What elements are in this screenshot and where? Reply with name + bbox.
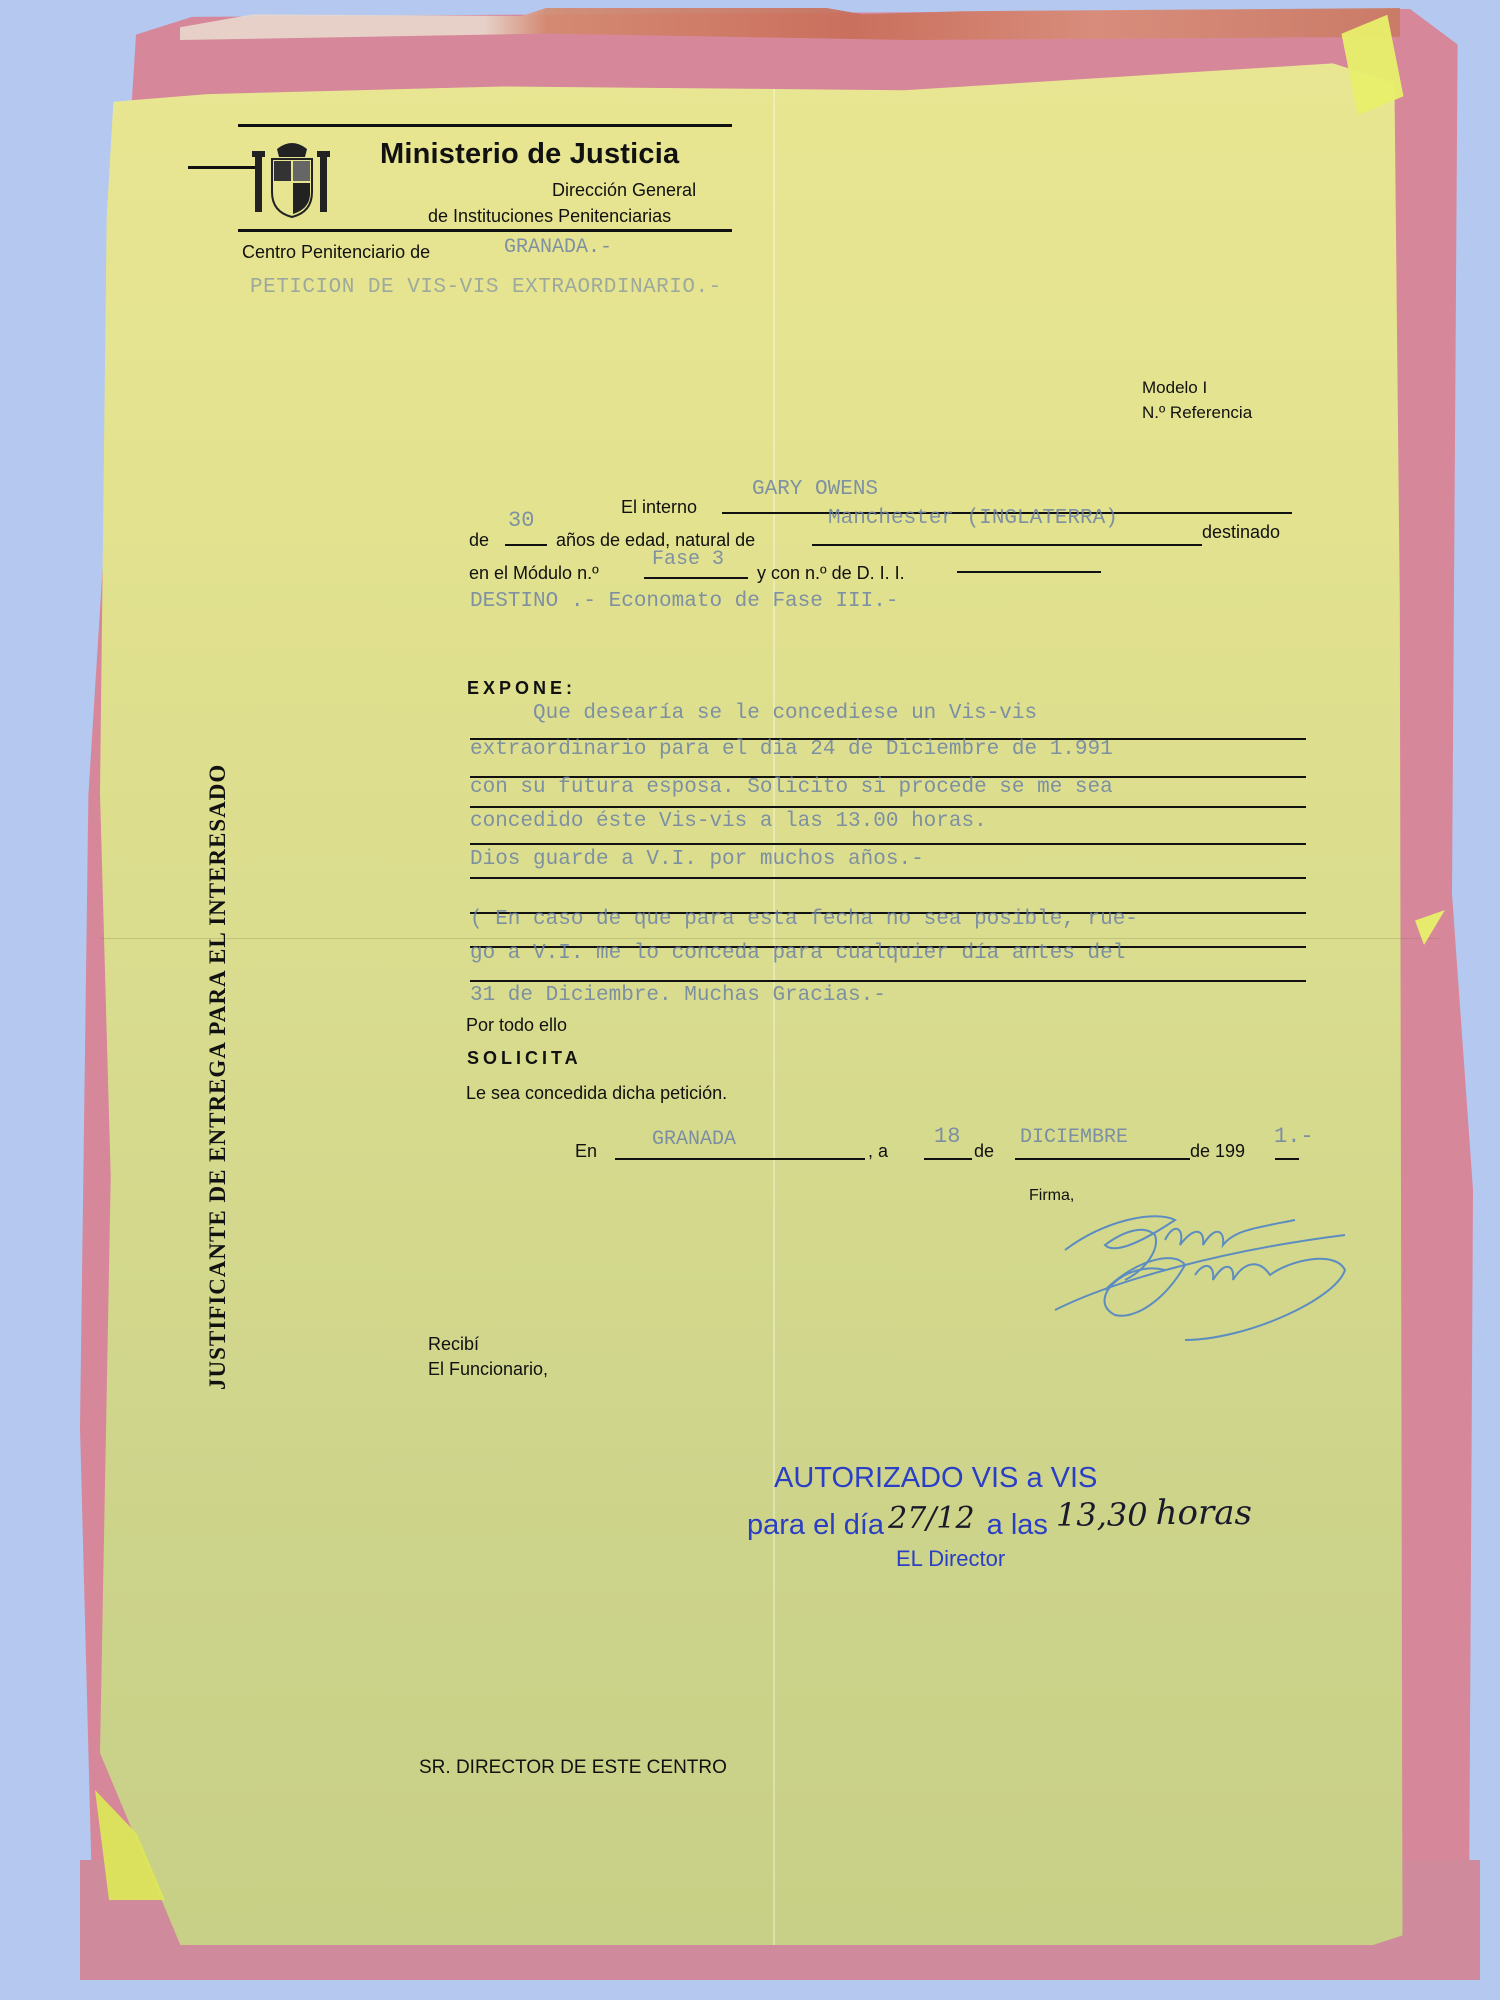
vertical-caption: JUSTIFICANTE DE ENTREGA PARA EL INTERESA… bbox=[205, 764, 231, 1390]
modulo-field-line bbox=[644, 577, 748, 579]
expone-heading: EXPONE: bbox=[467, 678, 576, 699]
expone-line-2: extraordinario para el día 24 de Diciemb… bbox=[470, 738, 1113, 761]
day-field-line bbox=[924, 1158, 972, 1160]
letterhead-top-rule bbox=[238, 124, 732, 127]
modulo-value: Fase 3 bbox=[652, 548, 724, 571]
month-value: DICIEMBRE bbox=[1020, 1126, 1128, 1149]
solicita-text: Le sea concedida dicha petición. bbox=[466, 1083, 727, 1104]
centro-label: Centro Penitenciario de bbox=[242, 242, 430, 263]
stamp-para-el-dia: para el día bbox=[747, 1509, 884, 1541]
por-todo-ello: Por todo ello bbox=[466, 1015, 567, 1036]
recibi-label: Recibí bbox=[428, 1332, 548, 1357]
place-value: GRANADA bbox=[652, 1128, 736, 1151]
ministry-title: Ministerio de Justicia bbox=[380, 138, 679, 171]
year-field-line bbox=[1275, 1158, 1299, 1160]
rule-line bbox=[470, 806, 1306, 808]
month-field-line bbox=[1015, 1158, 1190, 1160]
coat-of-arms-icon bbox=[247, 137, 337, 222]
rule-line bbox=[470, 843, 1306, 845]
age-field-line bbox=[505, 544, 547, 546]
rule-line bbox=[470, 877, 1306, 879]
de-label: de bbox=[469, 530, 489, 551]
handwritten-signature-icon bbox=[1045, 1190, 1365, 1350]
age-value: 30 bbox=[508, 508, 534, 533]
rule-line bbox=[470, 980, 1306, 982]
natural-field-line bbox=[812, 544, 1202, 546]
horizontal-fold-crease bbox=[100, 938, 1440, 939]
en-label: En bbox=[575, 1141, 597, 1162]
natural-value: Manchester (INGLATERRA) bbox=[828, 507, 1118, 530]
de-month-label: de bbox=[974, 1141, 994, 1162]
stamp-el-director: EL Director bbox=[896, 1546, 1005, 1572]
solicita-heading: SOLICITA bbox=[467, 1048, 582, 1069]
addressee: SR. DIRECTOR DE ESTE CENTRO bbox=[419, 1757, 727, 1779]
expone-line-6: ( En caso de que para esta fecha no sea … bbox=[470, 908, 1138, 931]
directorate-line-1: Dirección General bbox=[552, 180, 696, 201]
modulo-label: en el Módulo n.º bbox=[469, 563, 599, 584]
destinado-label: destinado bbox=[1202, 522, 1280, 543]
funcionario-label: El Funcionario, bbox=[428, 1357, 548, 1382]
a-label: , a bbox=[868, 1141, 888, 1162]
interno-value: GARY OWENS bbox=[752, 478, 878, 501]
stamp-a-las: a las bbox=[987, 1509, 1048, 1541]
expone-line-1: Que desearía se le concediese un Vis-vis bbox=[470, 702, 1037, 725]
stamp-line-2: para el día 27/12 a las 13,30 horas bbox=[747, 1503, 1252, 1543]
handwritten-time: 13,30 bbox=[1056, 1496, 1148, 1534]
expone-line-8: 31 de Diciembre. Muchas Gracias.- bbox=[470, 984, 886, 1007]
expone-line-5: Dios guarde a V.I. por muchos años.- bbox=[470, 848, 924, 871]
modelo-label: Modelo I bbox=[1142, 375, 1252, 400]
year-label: de 199 bbox=[1190, 1141, 1245, 1162]
referencia-label: N.º Referencia bbox=[1142, 400, 1252, 425]
form-reference: Modelo I N.º Referencia bbox=[1142, 375, 1252, 425]
torn-top-edge bbox=[180, 8, 1400, 40]
dii-label: y con n.º de D. I. I. bbox=[757, 563, 905, 584]
centro-value: GRANADA.- bbox=[504, 236, 612, 259]
expone-line-4: concedido éste Vis-vis a las 13.00 horas… bbox=[470, 810, 987, 833]
interno-label: El interno bbox=[621, 497, 697, 518]
year-value: 1.- bbox=[1274, 1124, 1314, 1149]
directorate-line-2: de Instituciones Penitenciarias bbox=[428, 206, 671, 227]
handwritten-date: 27/12 bbox=[888, 1501, 974, 1536]
expone-line-7: go a V.I. me lo conceda para cualquier d… bbox=[470, 942, 1125, 965]
dii-field-line[interactable] bbox=[957, 571, 1101, 573]
receipt-block: Recibí El Funcionario, bbox=[428, 1332, 548, 1382]
place-field-line bbox=[615, 1158, 865, 1160]
subject-line: PETICION DE VIS-VIS EXTRAORDINARIO.- bbox=[250, 276, 722, 299]
letterhead-bottom-rule bbox=[238, 229, 732, 232]
destino-typed: DESTINO .- Economato de Fase III.- bbox=[470, 590, 898, 613]
day-value: 18 bbox=[934, 1124, 960, 1149]
stamp-authorized: AUTORIZADO VIS a VIS bbox=[774, 1462, 1097, 1495]
expone-line-3: con su futura esposa. Solicito si proced… bbox=[470, 776, 1113, 799]
handwritten-horas: horas bbox=[1156, 1493, 1252, 1533]
